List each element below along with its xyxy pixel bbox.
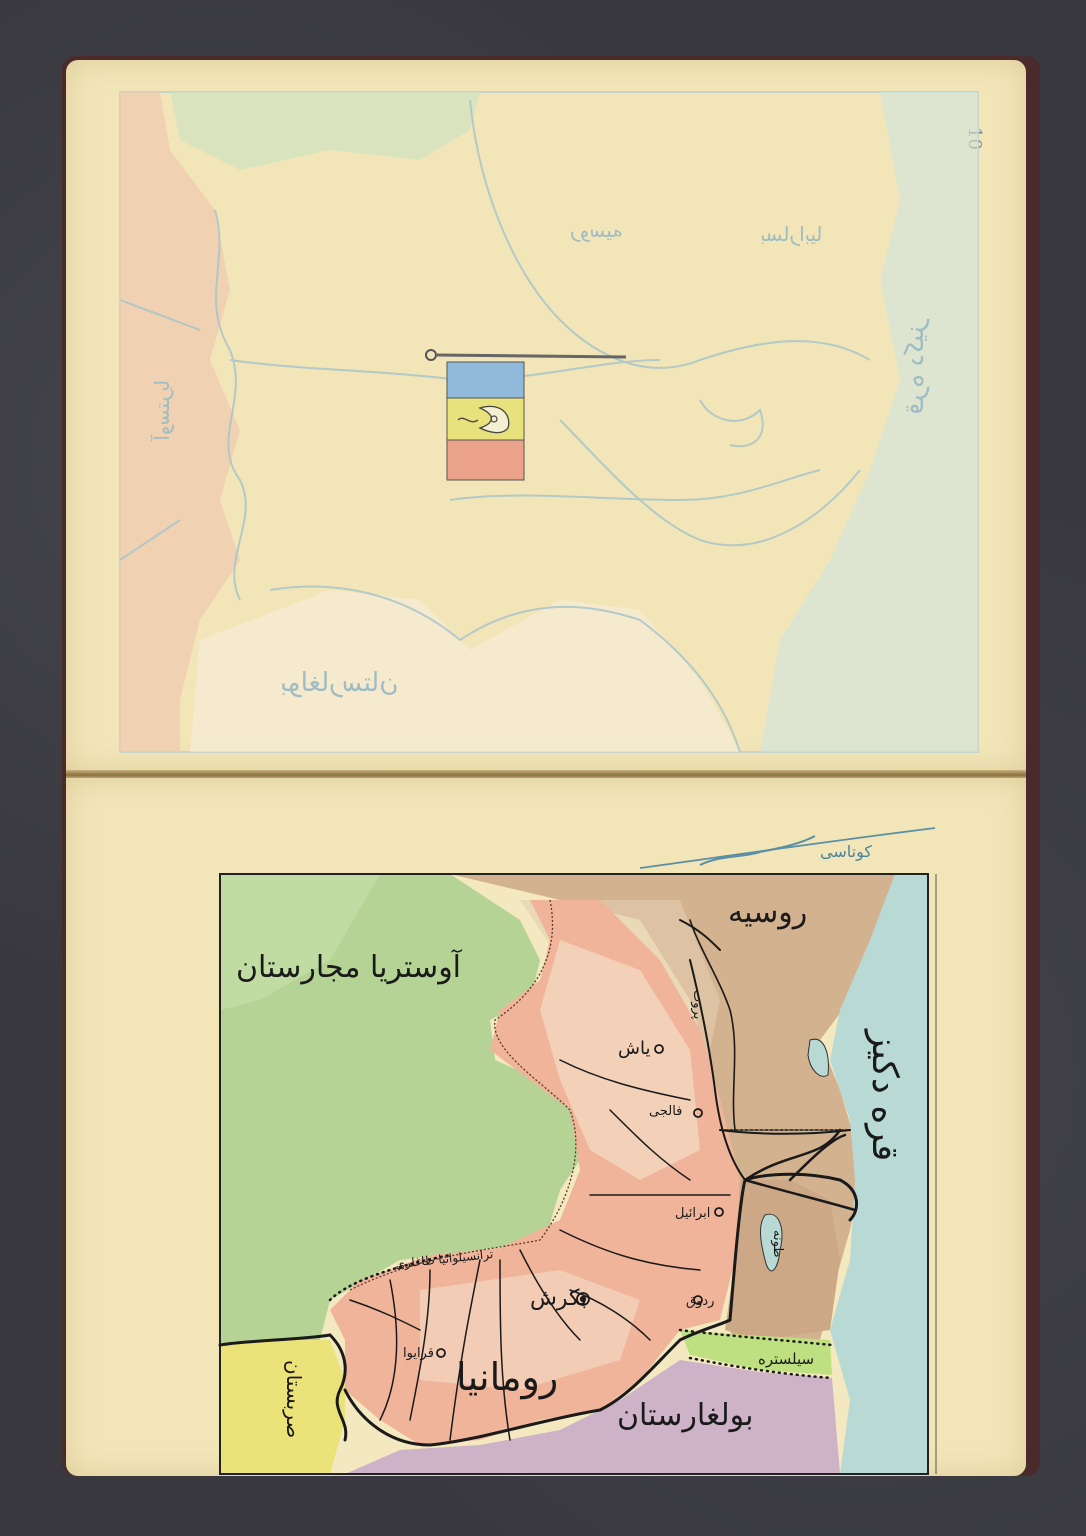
city-label-craiova: قرایوا	[403, 1346, 434, 1361]
signature-label: کوتاسی	[820, 842, 872, 861]
label-bulgaria: بولغارستان	[617, 1398, 753, 1433]
city-label-rodosto: ردوق	[686, 1294, 714, 1309]
label-austria-hungary: آوستریا مجارستان	[236, 950, 461, 985]
city-label-falcu: فالجی	[649, 1104, 682, 1119]
label-serbia: صربستان	[282, 1360, 306, 1438]
river-label-prut: پروت	[690, 990, 705, 1019]
label-russia: روسیه	[728, 895, 807, 930]
label-romania: رومانیا	[456, 1355, 558, 1399]
label-silistra: سیلستره	[758, 1350, 814, 1368]
city-label-yash: یاش	[618, 1038, 650, 1059]
city-label-braila: ابرائیل	[675, 1206, 710, 1221]
label-black-sea: قره دکیز	[864, 1030, 905, 1161]
river-label-danube: طونه	[770, 1230, 785, 1258]
city-label-bucharest: بکرش	[530, 1286, 587, 1311]
